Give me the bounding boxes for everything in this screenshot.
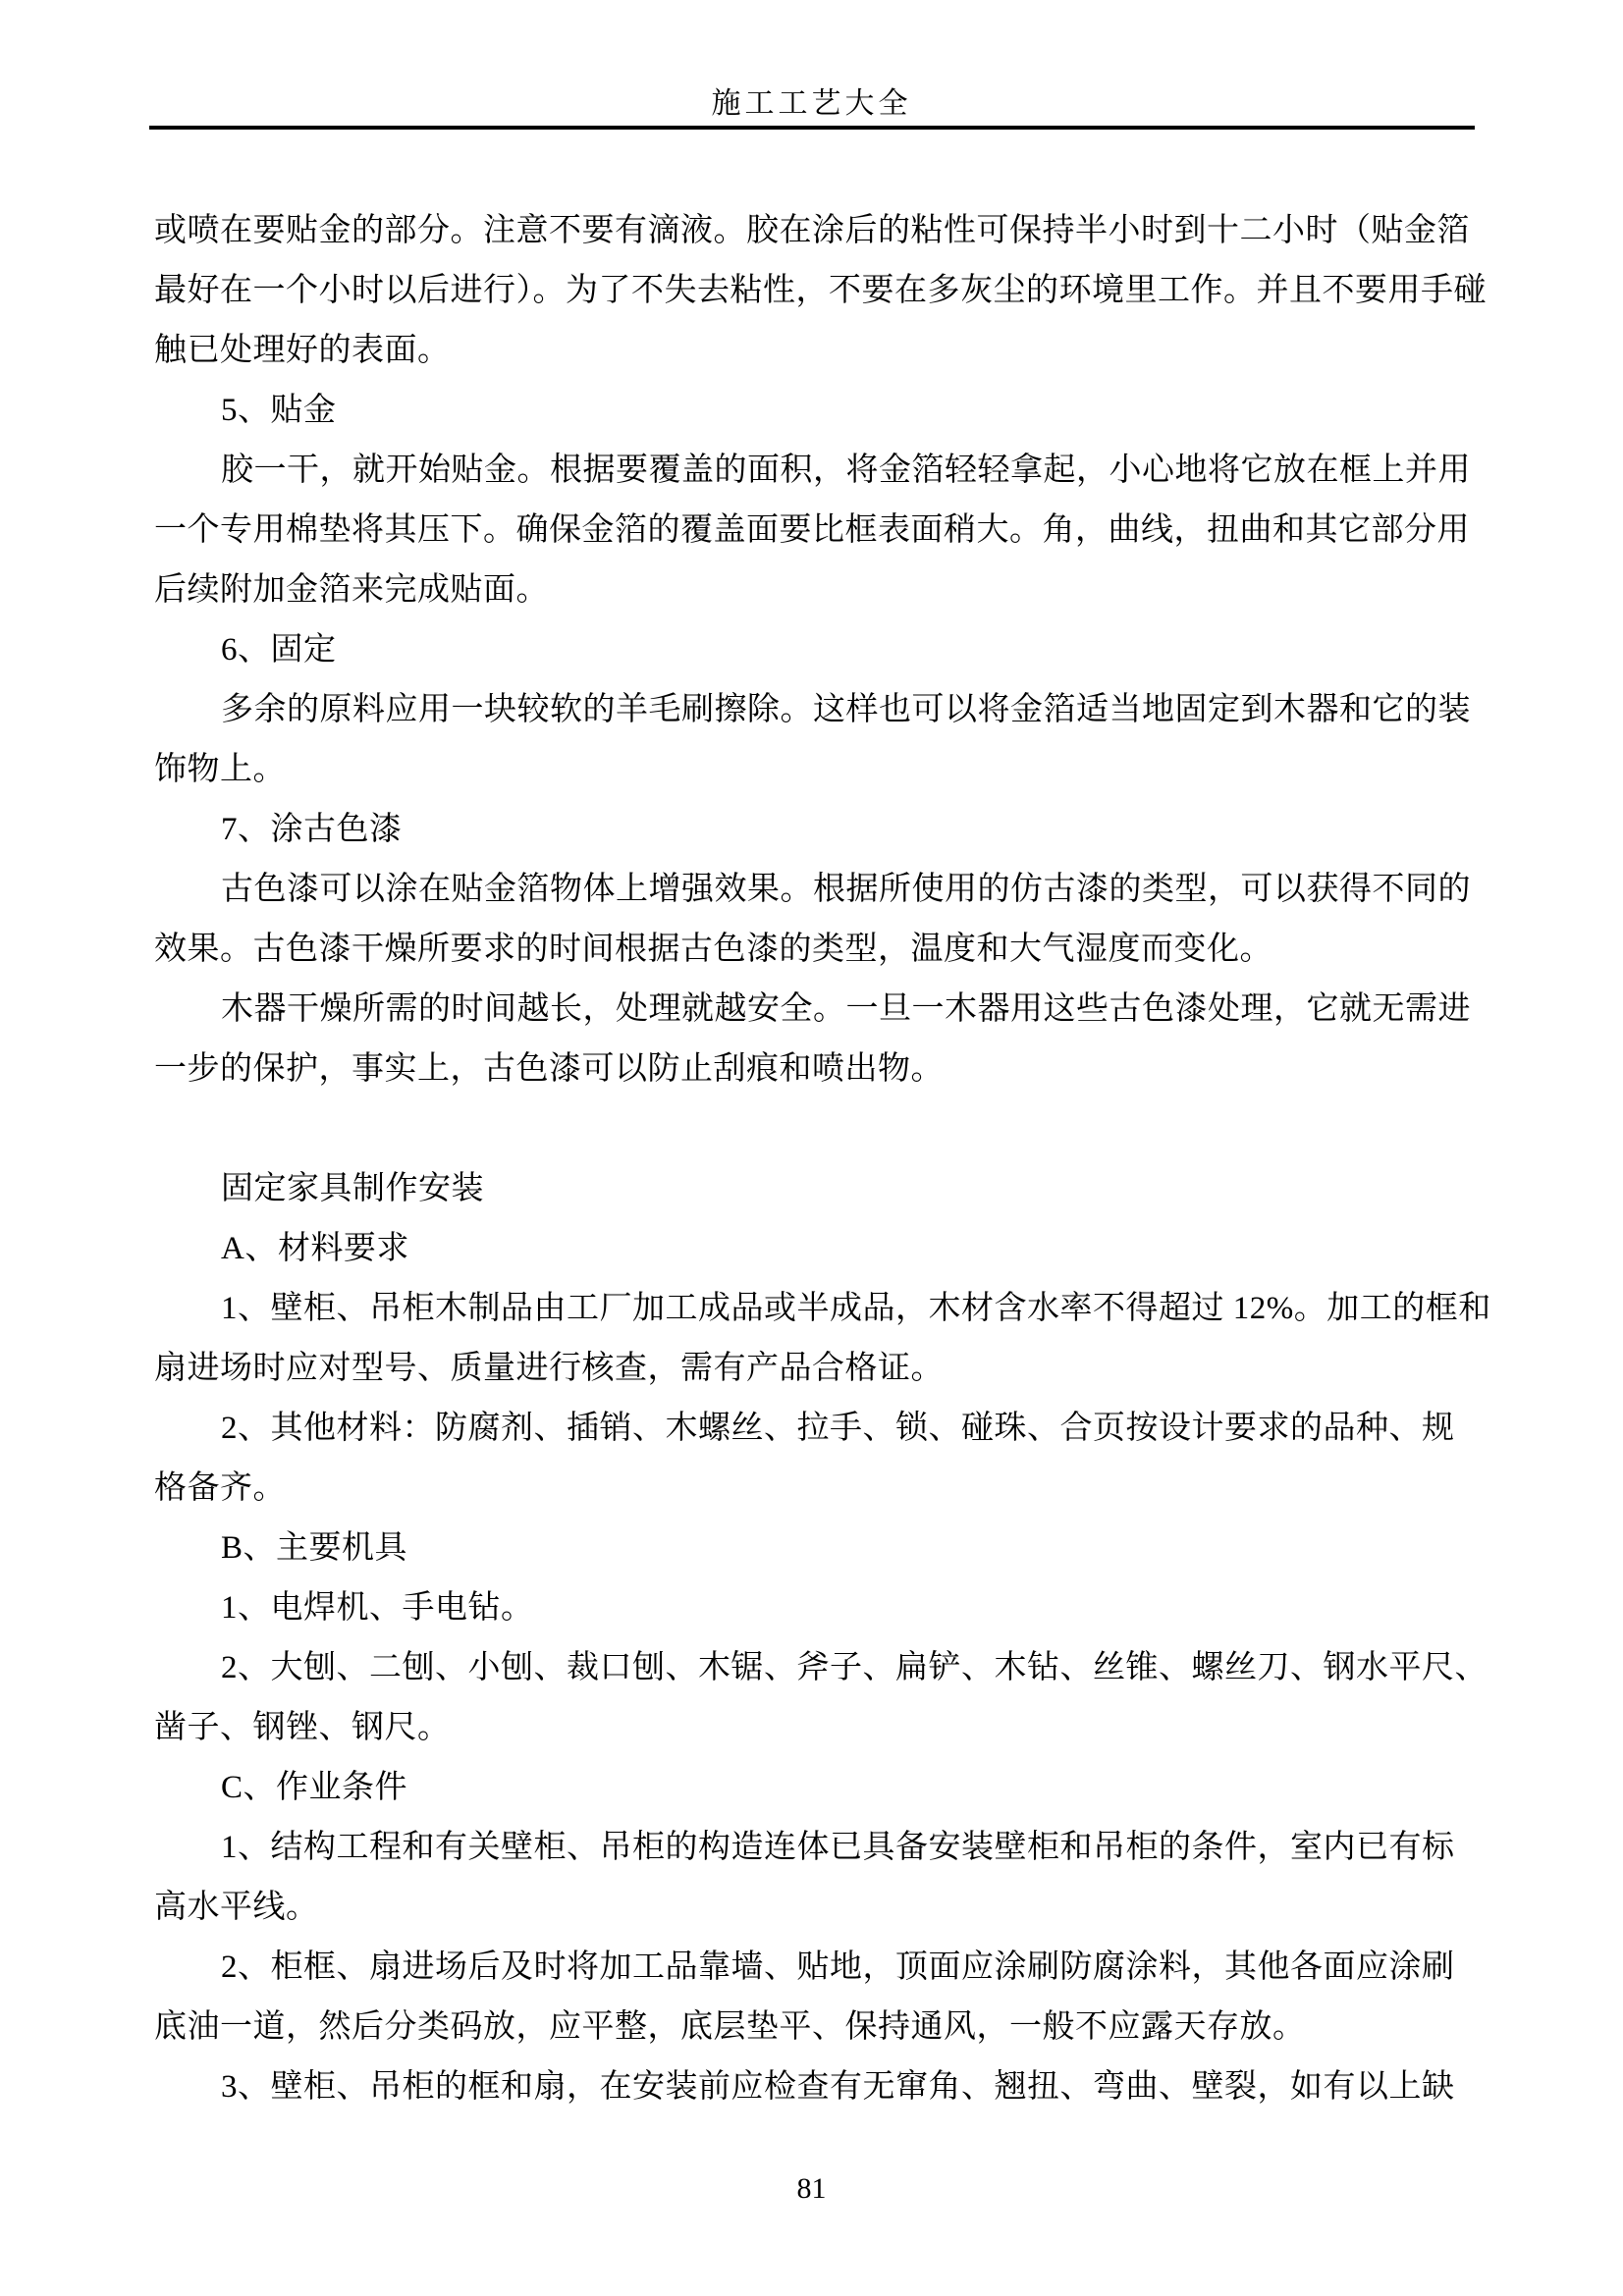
- text-line: 1、壁柜、吊柜木制品由工厂加工成品或半成品，木材含水率不得超过 12%。加工的框…: [154, 1279, 1529, 1339]
- document-page: 施工工艺大全 或喷在要贴金的部分。注意不要有滴液。胶在涂后的粘性可保持半小时到十…: [0, 0, 1623, 2296]
- text-line: 一个专用棉垫将其压下。确保金箔的覆盖面要比框表面稍大。角，曲线，扭曲和其它部分用: [154, 501, 1529, 561]
- text-line: 1、结构工程和有关壁柜、吊柜的构造连体已具备安装壁柜和吊柜的条件，室内已有标: [154, 1818, 1529, 1878]
- blank-line: [154, 1099, 1529, 1159]
- text-line: 格备齐。: [154, 1459, 1529, 1519]
- text-line: 效果。古色漆干燥所要求的时间根据古色漆的类型，温度和大气湿度而变化。: [154, 920, 1529, 980]
- text-line: 扇进场时应对型号、质量进行核查，需有产品合格证。: [154, 1339, 1529, 1399]
- text-line: 2、柜框、扇进场后及时将加工品靠墙、贴地，顶面应涂刷防腐涂料，其他各面应涂刷: [154, 1938, 1529, 1998]
- text-line: 2、其他材料：防腐剂、插销、木螺丝、拉手、锁、碰珠、合页按设计要求的品种、规: [154, 1399, 1529, 1459]
- text-line: 多余的原料应用一块较软的羊毛刷擦除。这样也可以将金箔适当地固定到木器和它的装: [154, 680, 1529, 740]
- text-line: C、作业条件: [154, 1758, 1529, 1818]
- text-line: 凿子、钢锉、钢尺。: [154, 1698, 1529, 1758]
- text-line: 2、大刨、二刨、小刨、裁口刨、木锯、斧子、扁铲、木钻、丝锥、螺丝刀、钢水平尺、: [154, 1638, 1529, 1698]
- text-line: 7、涂古色漆: [154, 800, 1529, 860]
- text-line: 3、壁柜、吊柜的框和扇，在安装前应检查有无窜角、翘扭、弯曲、壁裂，如有以上缺: [154, 2057, 1529, 2117]
- text-line: 一步的保护，事实上，古色漆可以防止刮痕和喷出物。: [154, 1040, 1529, 1099]
- text-line: 或喷在要贴金的部分。注意不要有滴液。胶在涂后的粘性可保持半小时到十二小时（贴金箔: [154, 201, 1529, 261]
- header-rule: [149, 126, 1475, 130]
- text-line: 木器干燥所需的时间越长，处理就越安全。一旦一木器用这些古色漆处理，它就无需进: [154, 980, 1529, 1040]
- page-number: 81: [0, 2171, 1623, 2207]
- page-header-title: 施工工艺大全: [0, 86, 1623, 122]
- text-line: 高水平线。: [154, 1878, 1529, 1938]
- text-line: 胶一干，就开始贴金。根据要覆盖的面积，将金箔轻轻拿起，小心地将它放在框上并用: [154, 441, 1529, 501]
- text-line: 6、固定: [154, 620, 1529, 680]
- text-line: 底油一道，然后分类码放，应平整，底层垫平、保持通风，一般不应露天存放。: [154, 1998, 1529, 2057]
- text-line: 古色漆可以涂在贴金箔物体上增强效果。根据所使用的仿古漆的类型，可以获得不同的: [154, 860, 1529, 920]
- text-line: A、材料要求: [154, 1219, 1529, 1279]
- text-line: 1、电焊机、手电钻。: [154, 1578, 1529, 1638]
- text-line: 饰物上。: [154, 740, 1529, 800]
- text-line: B、主要机具: [154, 1519, 1529, 1578]
- text-line: 后续附加金箔来完成贴面。: [154, 561, 1529, 620]
- text-line: 固定家具制作安装: [154, 1159, 1529, 1219]
- text-line: 5、贴金: [154, 381, 1529, 441]
- document-body: 或喷在要贴金的部分。注意不要有滴液。胶在涂后的粘性可保持半小时到十二小时（贴金箔…: [154, 201, 1529, 2117]
- text-line: 最好在一个小时以后进行）。为了不失去粘性，不要在多灰尘的环境里工作。并且不要用手…: [154, 261, 1529, 321]
- text-line: 触已处理好的表面。: [154, 321, 1529, 381]
